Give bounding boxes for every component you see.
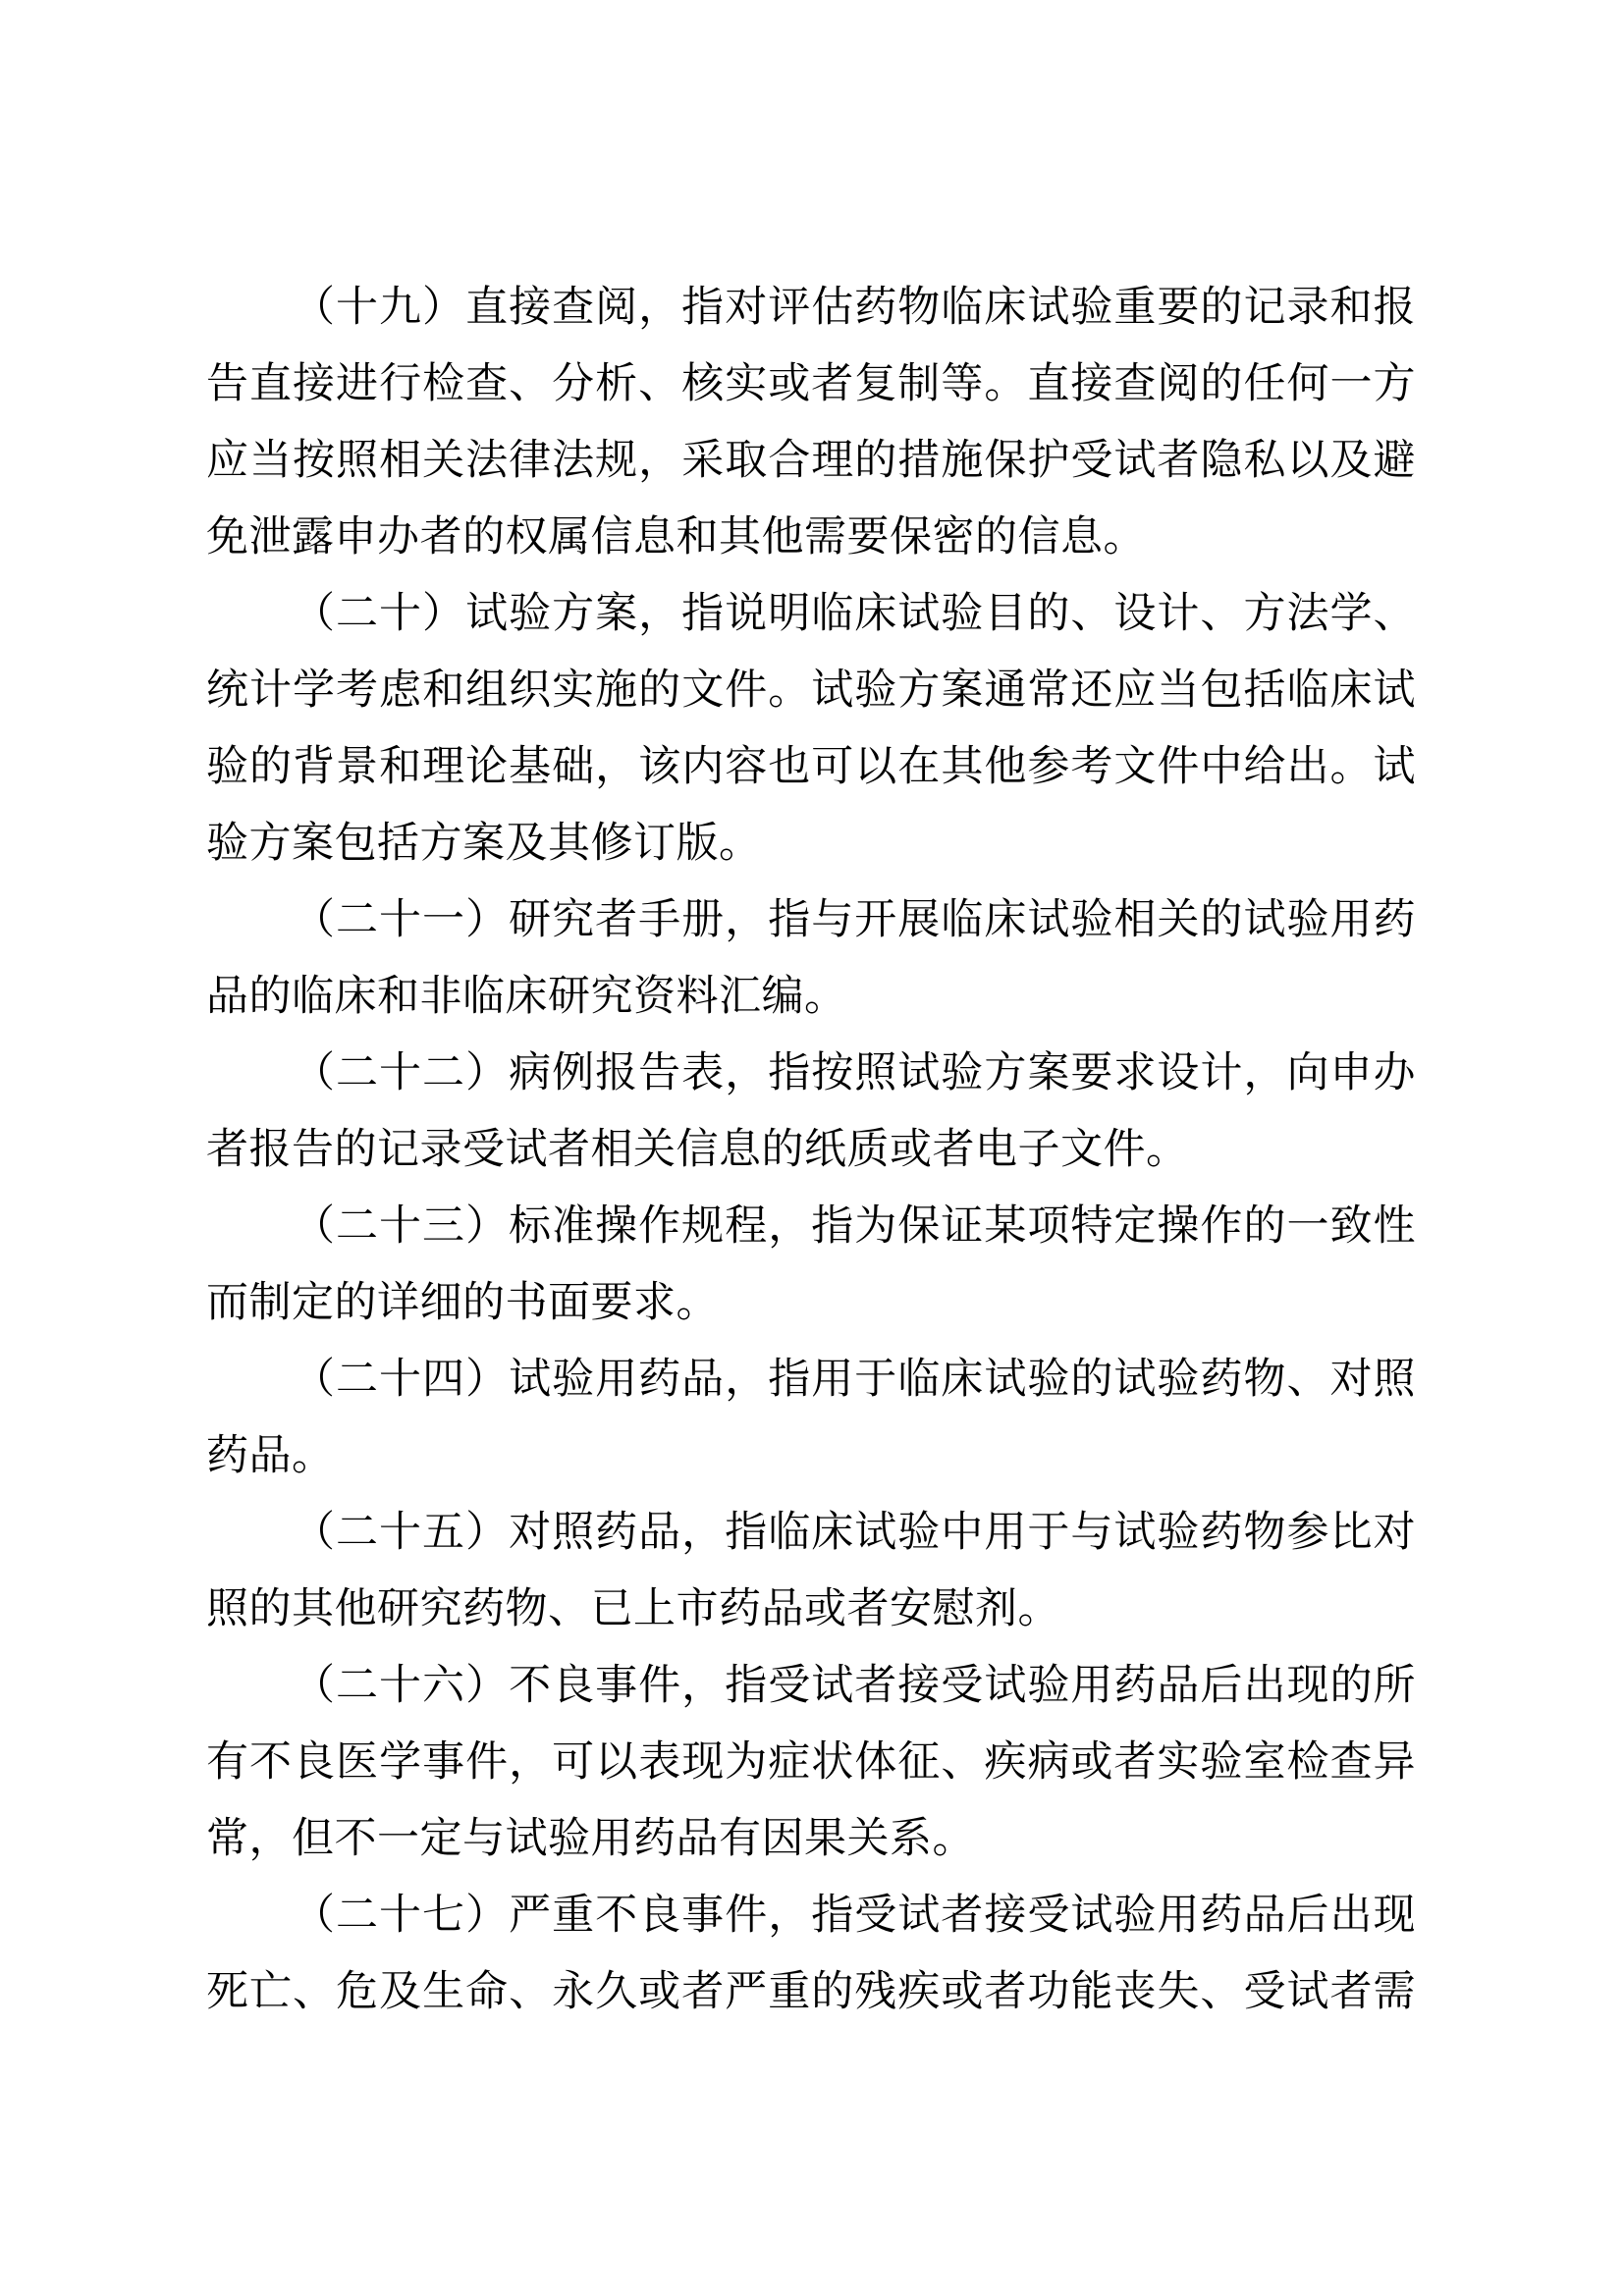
- text-line: （二十六）不良事件，指受试者接受试验用药品后出现的所: [206, 1648, 1416, 1725]
- text-line: （二十三）标准操作规程，指为保证某项特定操作的一致性: [206, 1189, 1416, 1265]
- text-line: （二十七）严重不良事件，指受试者接受试验用药品后出现: [206, 1878, 1416, 1954]
- text-line: 有不良医学事件，可以表现为症状体征、疾病或者实验室检查异: [206, 1725, 1416, 1801]
- paragraph-20: （二十）试验方案，指说明临床试验目的、设计、方法学、 统计学考虑和组织实施的文件…: [206, 576, 1416, 882]
- text-line: （十九）直接查阅，指对评估药物临床试验重要的记录和报: [206, 270, 1416, 347]
- text-line: 统计学考虑和组织实施的文件。试验方案通常还应当包括临床试: [206, 653, 1416, 729]
- text-line: 验方案包括方案及其修订版。: [206, 806, 1416, 882]
- paragraph-25: （二十五）对照药品，指临床试验中用于与试验药物参比对 照的其他研究药物、已上市药…: [206, 1495, 1416, 1648]
- text-line: 而制定的详细的书面要求。: [206, 1265, 1416, 1342]
- paragraph-26: （二十六）不良事件，指受试者接受试验用药品后出现的所 有不良医学事件，可以表现为…: [206, 1648, 1416, 1878]
- text-line: 品的临床和非临床研究资料汇编。: [206, 959, 1416, 1036]
- paragraph-19: （十九）直接查阅，指对评估药物临床试验重要的记录和报 告直接进行检查、分析、核实…: [206, 270, 1416, 576]
- text-line: （二十四）试验用药品，指用于临床试验的试验药物、对照: [206, 1342, 1416, 1418]
- text-line: 应当按照相关法律法规，采取合理的措施保护受试者隐私以及避: [206, 423, 1416, 500]
- text-line: （二十）试验方案，指说明临床试验目的、设计、方法学、: [206, 576, 1416, 653]
- text-line: 验的背景和理论基础，该内容也可以在其他参考文件中给出。试: [206, 729, 1416, 806]
- text-block: （十九）直接查阅，指对评估药物临床试验重要的记录和报 告直接进行检查、分析、核实…: [206, 270, 1416, 2031]
- text-line: 者报告的记录受试者相关信息的纸质或者电子文件。: [206, 1112, 1416, 1189]
- paragraph-24: （二十四）试验用药品，指用于临床试验的试验药物、对照 药品。: [206, 1342, 1416, 1495]
- text-line: 药品。: [206, 1418, 1416, 1495]
- paragraph-23: （二十三）标准操作规程，指为保证某项特定操作的一致性 而制定的详细的书面要求。: [206, 1189, 1416, 1342]
- text-line: 免泄露申办者的权属信息和其他需要保密的信息。: [206, 500, 1416, 576]
- text-line: （二十五）对照药品，指临床试验中用于与试验药物参比对: [206, 1495, 1416, 1572]
- text-line: 常，但不一定与试验用药品有因果关系。: [206, 1801, 1416, 1878]
- text-line: 死亡、危及生命、永久或者严重的残疾或者功能丧失、受试者需: [206, 1954, 1416, 2031]
- text-line: （二十二）病例报告表，指按照试验方案要求设计，向申办: [206, 1036, 1416, 1112]
- document-page: （十九）直接查阅，指对评估药物临床试验重要的记录和报 告直接进行检查、分析、核实…: [0, 0, 1624, 2296]
- text-line: （二十一）研究者手册，指与开展临床试验相关的试验用药: [206, 882, 1416, 959]
- paragraph-22: （二十二）病例报告表，指按照试验方案要求设计，向申办 者报告的记录受试者相关信息…: [206, 1036, 1416, 1189]
- paragraph-21: （二十一）研究者手册，指与开展临床试验相关的试验用药 品的临床和非临床研究资料汇…: [206, 882, 1416, 1036]
- paragraph-27: （二十七）严重不良事件，指受试者接受试验用药品后出现 死亡、危及生命、永久或者严…: [206, 1878, 1416, 2031]
- text-line: 告直接进行检查、分析、核实或者复制等。直接查阅的任何一方: [206, 347, 1416, 423]
- text-line: 照的其他研究药物、已上市药品或者安慰剂。: [206, 1572, 1416, 1648]
